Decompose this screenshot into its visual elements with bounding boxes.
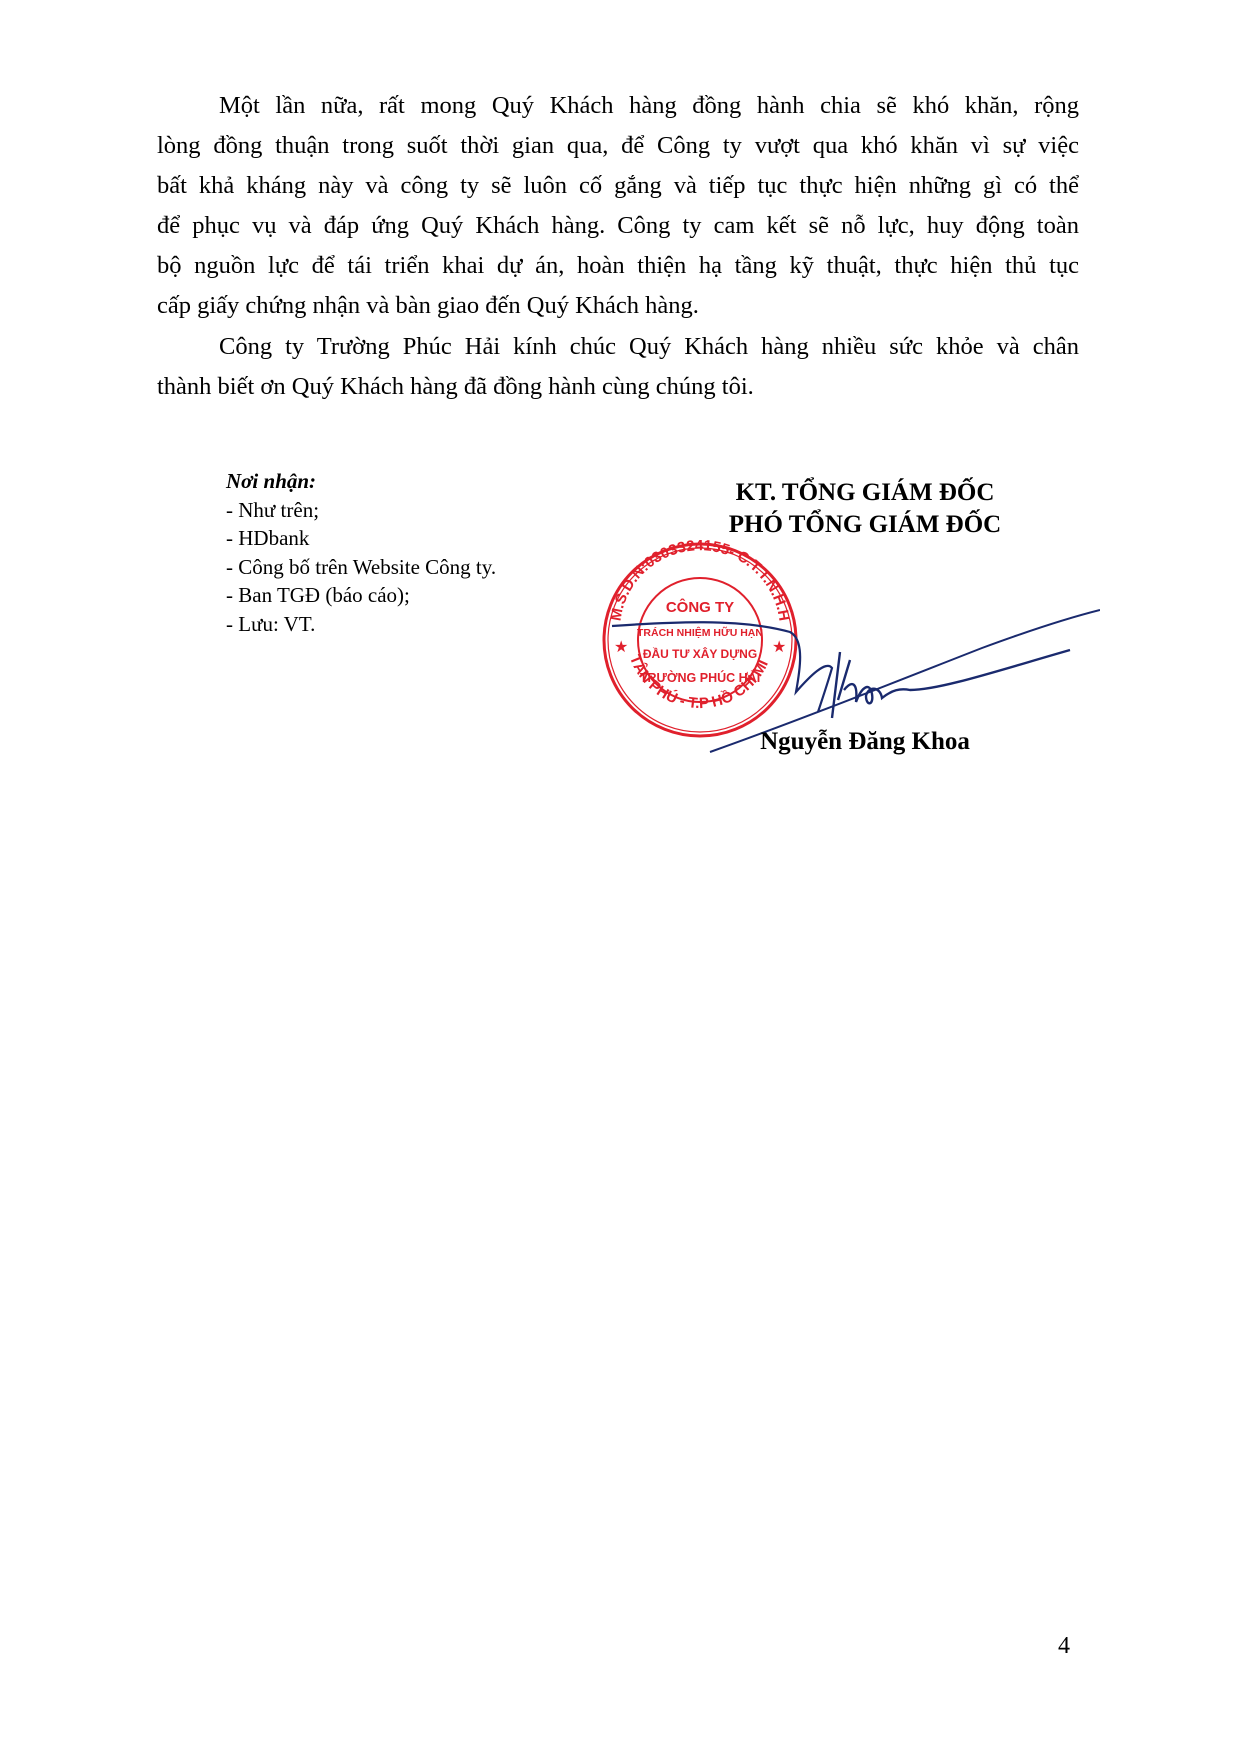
paragraph-line: để phục vụ và đáp ứng Quý Khách hàng. Cô…: [157, 206, 1079, 246]
recipient-item: - HDbank: [226, 524, 496, 553]
recipient-item: - Lưu: VT.: [226, 610, 496, 639]
paragraph-line: Công ty Trường Phúc Hải kính chúc Quý Kh…: [157, 327, 1079, 367]
signature-title-line2: PHÓ TỔNG GIÁM ĐỐC: [660, 509, 1070, 541]
closing-paragraph: Một lần nữa, rất mong Quý Khách hàng đồn…: [157, 86, 1079, 326]
signature-title-line1: KT. TỔNG GIÁM ĐỐC: [660, 477, 1070, 509]
paragraph-line: bộ nguồn lực để tái triển khai dự án, ho…: [157, 246, 1079, 286]
paragraph-line: thành biết ơn Quý Khách hàng đã đồng hàn…: [157, 367, 1079, 407]
wishes-paragraph: Công ty Trường Phúc Hải kính chúc Quý Kh…: [157, 327, 1079, 407]
recipients-title: Nơi nhận:: [226, 467, 496, 496]
paragraph-line: bất khả kháng này và công ty sẽ luôn cố …: [157, 166, 1079, 206]
signer-name: Nguyễn Đăng Khoa: [660, 728, 1070, 756]
paragraph-line: Một lần nữa, rất mong Quý Khách hàng đồn…: [157, 86, 1079, 126]
recipient-item: - Như trên;: [226, 496, 496, 525]
paragraph-line: lòng đồng thuận trong suốt thời gian qua…: [157, 126, 1079, 166]
recipient-item: - Ban TGĐ (báo cáo);: [226, 581, 496, 610]
recipients-list: Nơi nhận: - Như trên; - HDbank - Công bố…: [226, 467, 496, 638]
page-number: 4: [1058, 1633, 1070, 1660]
paragraph-line: cấp giấy chứng nhận và bàn giao đến Quý …: [157, 286, 1079, 326]
recipient-item: - Công bố trên Website Công ty.: [226, 553, 496, 582]
